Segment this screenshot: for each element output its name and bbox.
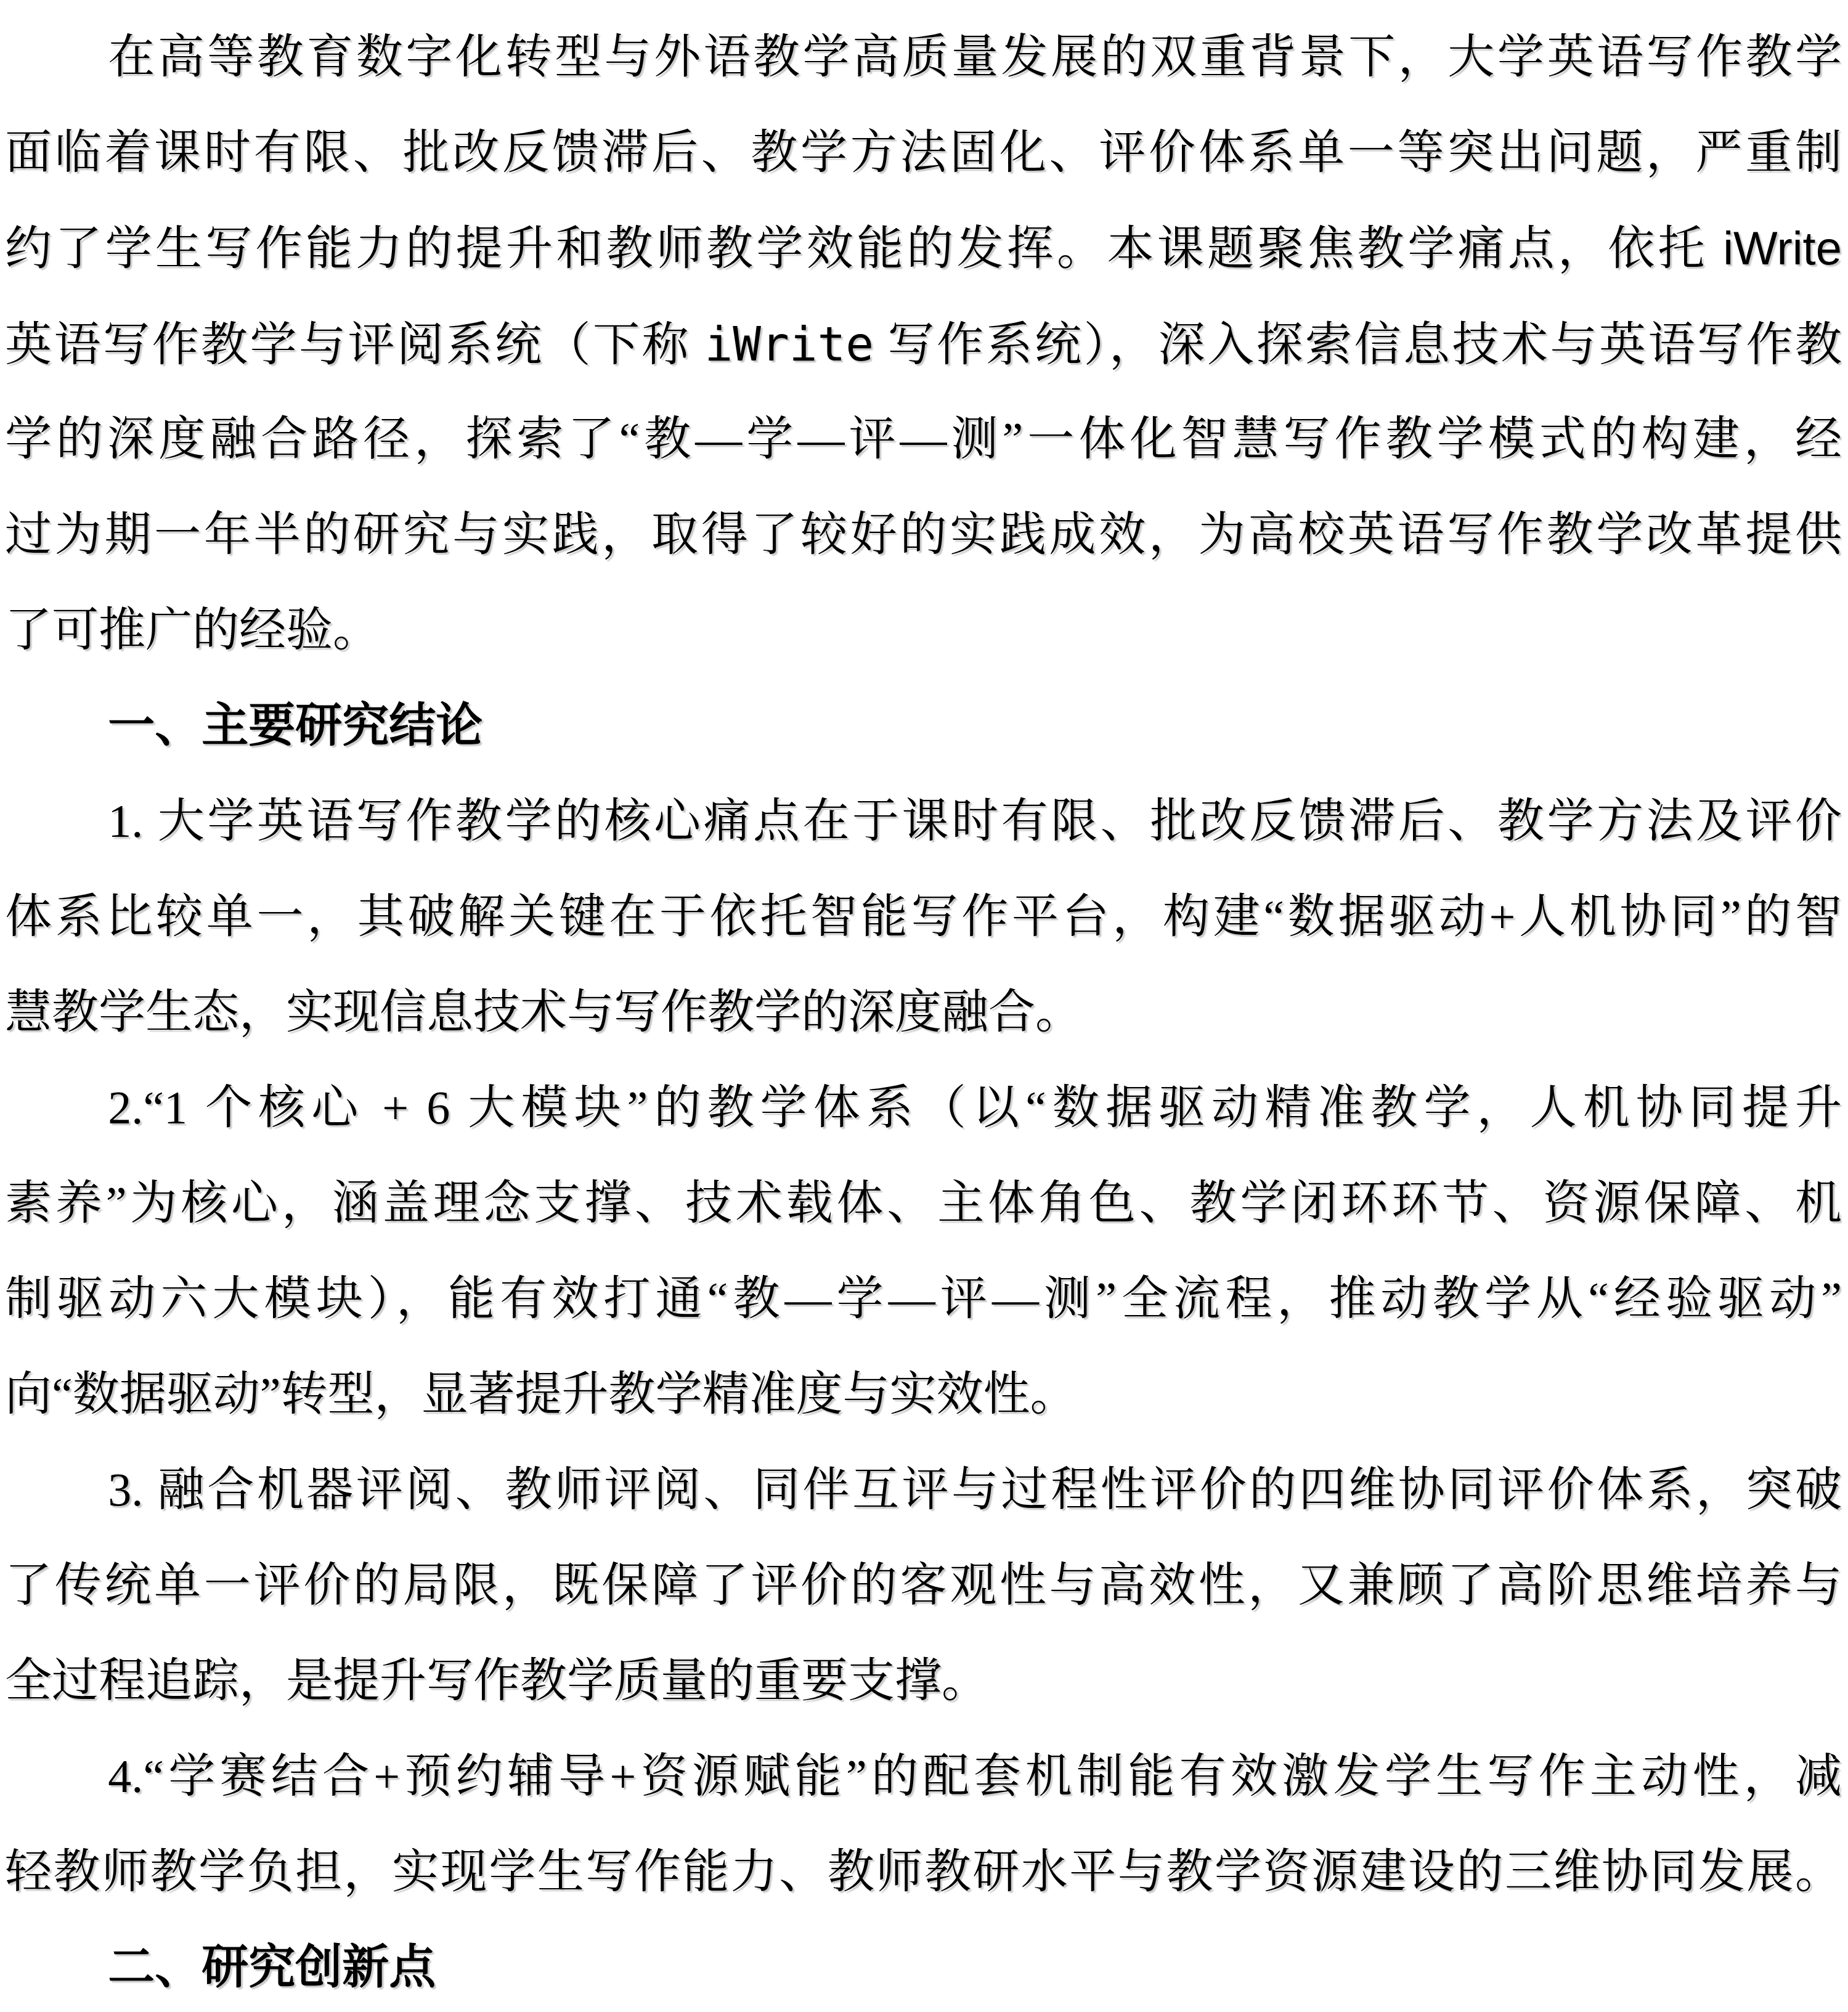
- conclusion-item-2-line: 2.“1 个核心 + 6 大模块”的教学体系（以“数据驱动精准教学，人机协同提升: [5, 1061, 1842, 1156]
- paragraph-line: 制驱动六大模块），能有效打通“教—学—评—测”全流程，推动教学从“经验驱动”: [5, 1252, 1842, 1347]
- paragraph-text: 约了学生写作能力的提升和教师教学效能的发挥。本课题聚焦教学痛点，依托: [5, 223, 1723, 275]
- paragraph-line: 学的深度融合路径，探索了“教—学—评—测”一体化智慧写作教学模式的构建，经: [5, 392, 1842, 487]
- paragraph-line: 过为期一年半的研究与实践，取得了较好的实践成效，为高校英语写作教学改革提供: [5, 487, 1842, 583]
- section-heading-conclusions: 一、主要研究结论: [5, 678, 1842, 774]
- paragraph-text: 写作系统），深入探索信息技术与英语写作教: [874, 319, 1842, 371]
- iwrite-brand-text: iWrite: [704, 317, 874, 372]
- conclusion-item-3-line: 3. 融合机器评阅、教师评阅、同伴互评与过程性评价的四维协同评价体系，突破: [5, 1443, 1842, 1538]
- paragraph-line: 体系比较单一，其破解关键在于依托智能写作平台，构建“数据驱动+人机协同”的智: [5, 870, 1842, 965]
- paragraph-last-line: 向“数据驱动”转型，显著提升教学精准度与实效性。: [5, 1347, 1842, 1443]
- paragraph-last-line: 慧教学生态，实现信息技术与写作教学的深度融合。: [5, 965, 1842, 1061]
- paragraph-line: 约了学生写作能力的提升和教师教学效能的发挥。本课题聚焦教学痛点，依托 iWrit…: [5, 201, 1842, 296]
- paragraph-text: 英语写作教学与评阅系统（下称: [5, 319, 704, 371]
- conclusion-item-4-line: 4.“学赛结合+预约辅导+资源赋能”的配套机制能有效激发学生写作主动性，减: [5, 1729, 1842, 1825]
- paragraph-last-line: 了可推广的经验。: [5, 583, 1842, 678]
- paragraph-last-line: 全过程追踪，是提升写作教学质量的重要支撑。: [5, 1634, 1842, 1729]
- paragraph-line: 了传统单一评价的局限，既保障了评价的客观性与高效性，又兼顾了高阶思维培养与: [5, 1538, 1842, 1634]
- document-page: 在高等教育数字化转型与外语教学高质量发展的双重背景下，大学英语写作教学 面临着课…: [0, 0, 1848, 2012]
- paragraph-line: 轻教师教学负担，实现学生写作能力、教师教研水平与教学资源建设的三维协同发展。: [5, 1825, 1842, 1920]
- paragraph-line: 英语写作教学与评阅系统（下称 iWrite 写作系统），深入探索信息技术与英语写…: [5, 296, 1842, 392]
- paragraph-line: 面临着课时有限、批改反馈滞后、教学方法固化、评价体系单一等突出问题，严重制: [5, 105, 1842, 201]
- iwrite-brand-text: iWrite: [1723, 222, 1842, 275]
- conclusion-item-1-line: 1. 大学英语写作教学的核心痛点在于课时有限、批改反馈滞后、教学方法及评价: [5, 774, 1842, 870]
- paragraph-first-line: 在高等教育数字化转型与外语教学高质量发展的双重背景下，大学英语写作教学: [5, 10, 1842, 105]
- section-heading-innovations: 二、研究创新点: [5, 1920, 1842, 2012]
- paragraph-line: 素养”为核心，涵盖理念支撑、技术载体、主体角色、教学闭环环节、资源保障、机: [5, 1156, 1842, 1252]
